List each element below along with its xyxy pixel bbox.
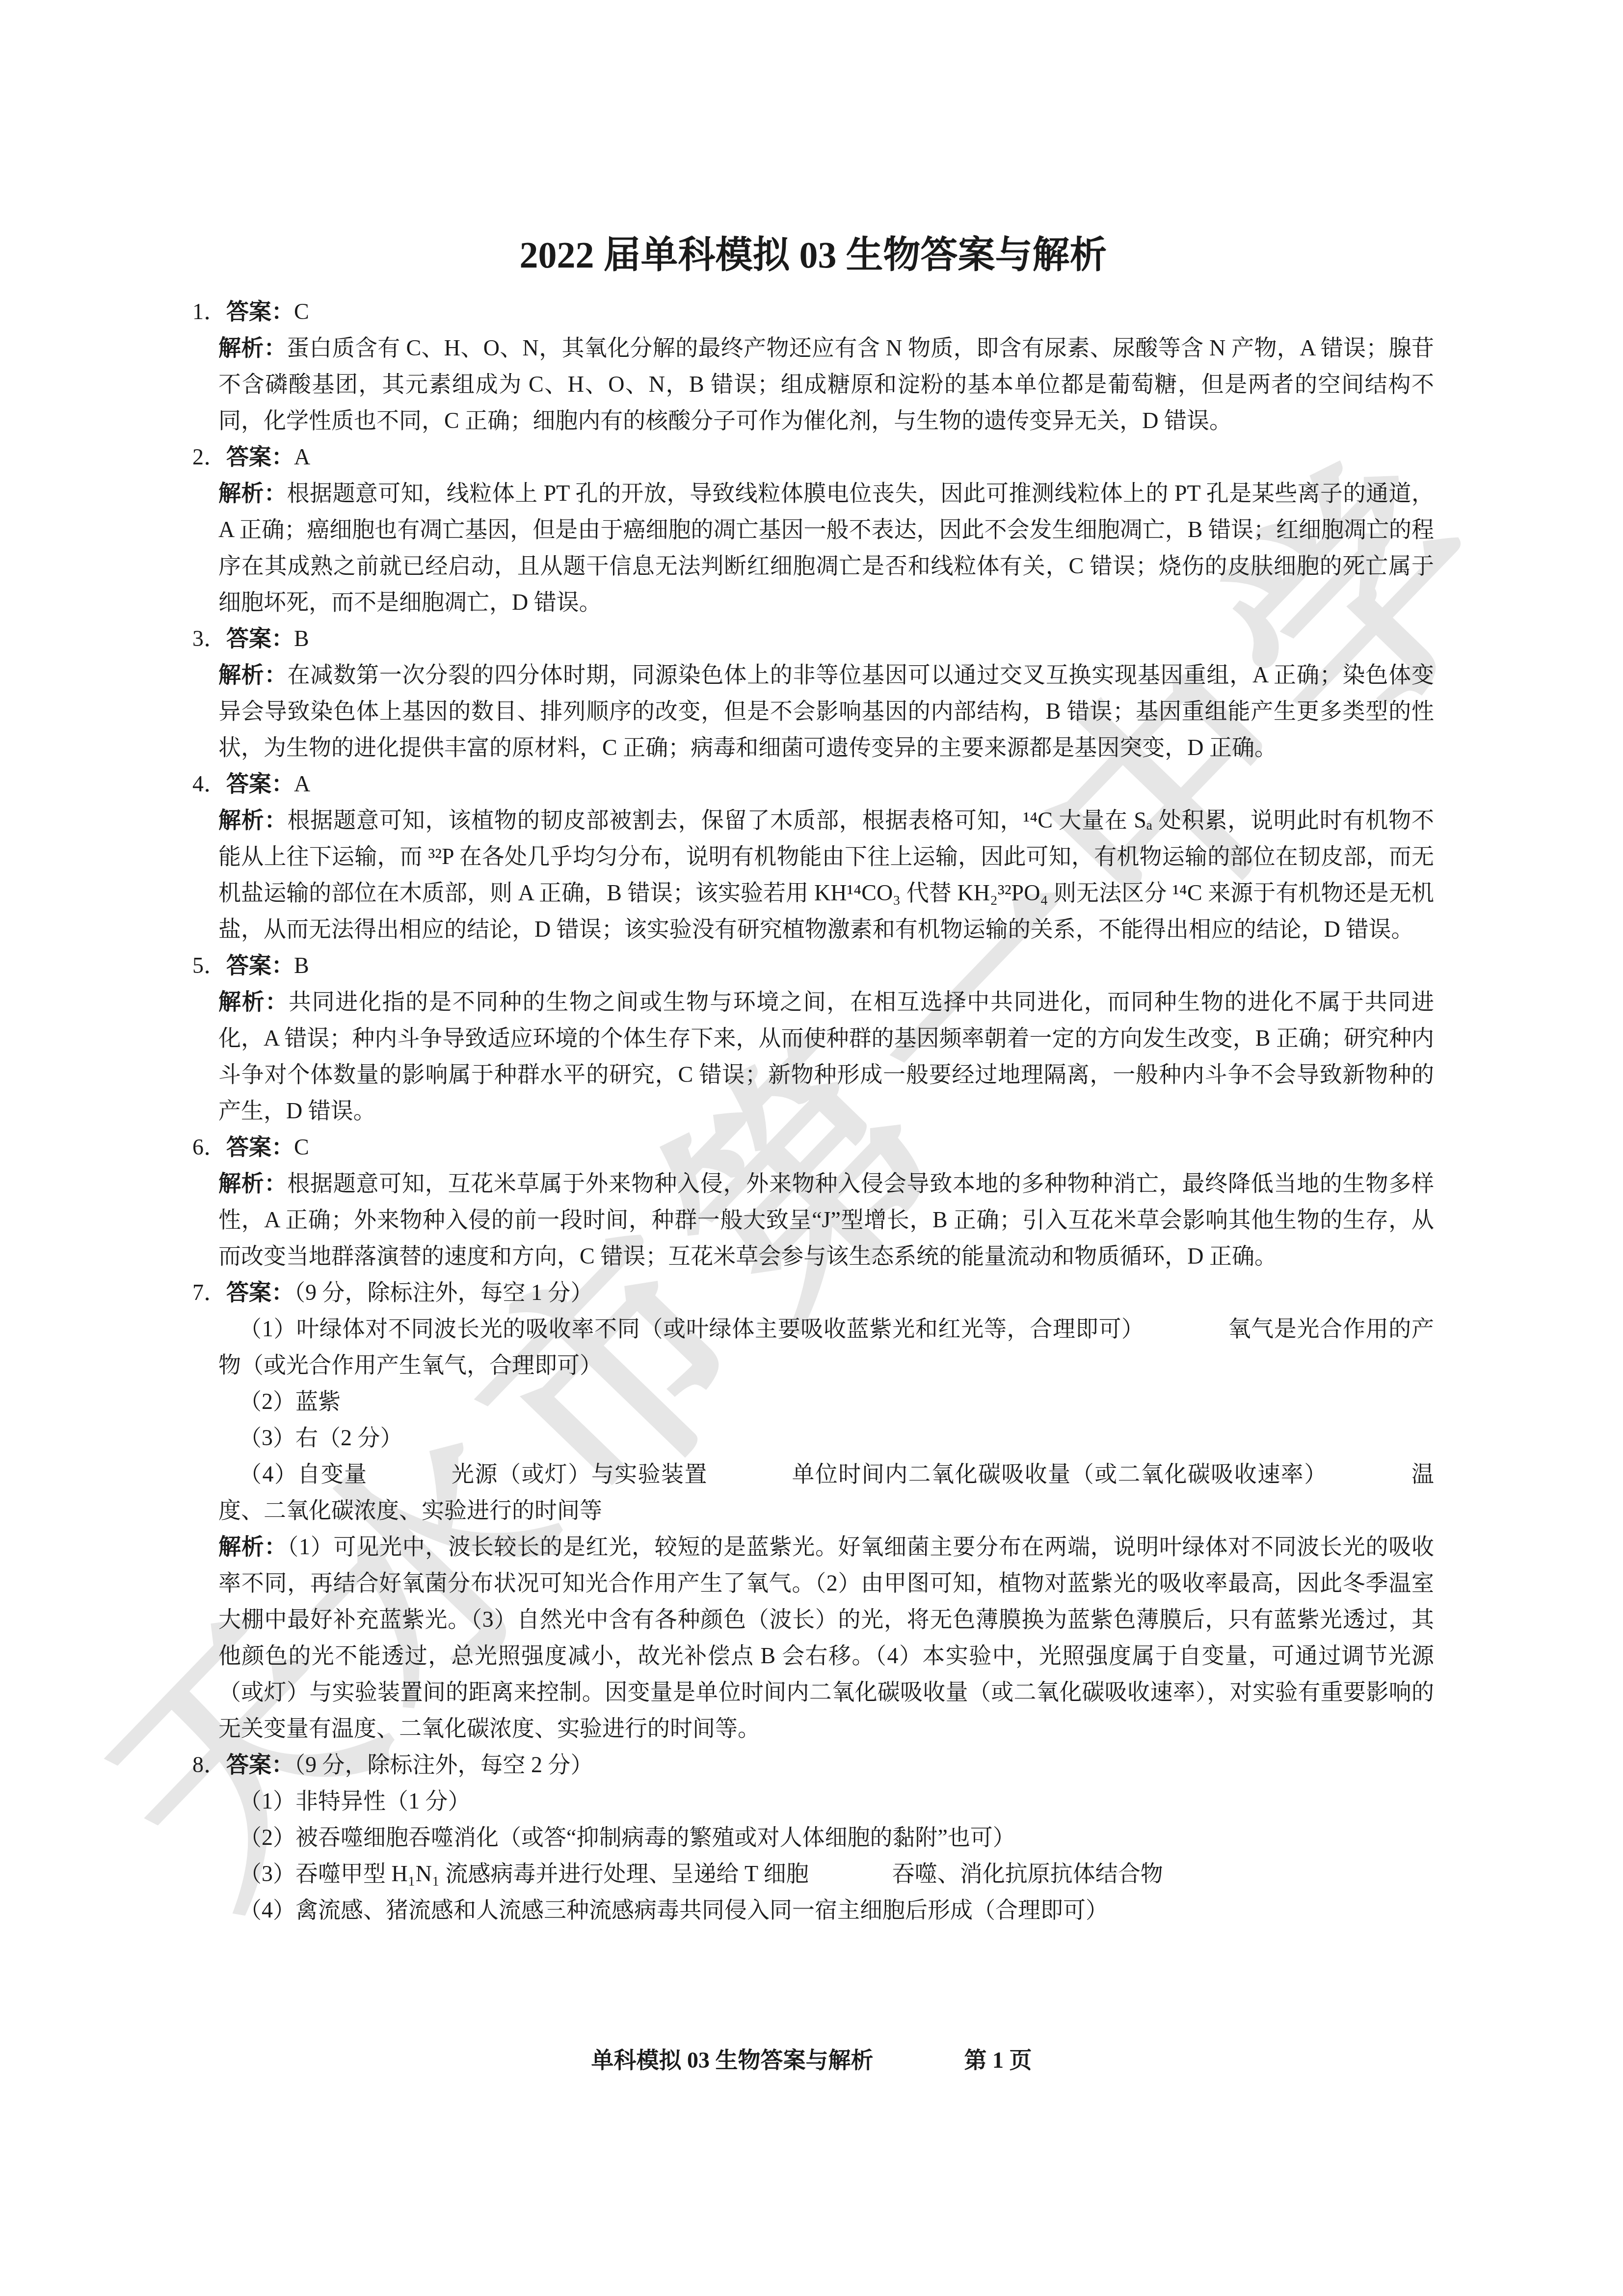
item-answer-line: 6．答案：C — [218, 1129, 1434, 1165]
analysis-paragraph: 解析：（1）可见光中，波长较长的是红光，较短的是蓝紫光。好氧细菌主要分布在两端，… — [218, 1529, 1434, 1747]
item-answer-line: 5．答案：B — [218, 947, 1434, 984]
item-body: 解析：共同进化指的是不同种的生物之间或生物与环境之间，在相互选择中共同进化，而同… — [218, 984, 1434, 1129]
answer-label: 答案： — [226, 1752, 294, 1777]
analysis-paragraph: 解析：在减数第一次分裂的四分体时期，同源染色体上的非等位基因可以通过交叉互换实现… — [218, 657, 1434, 766]
answer-label: 答案： — [226, 953, 294, 978]
document-content: 2022 届单科模拟 03 生物答案与解析 1．答案：C解析：蛋白质含有 C、H… — [0, 231, 1623, 1928]
answer-item: 8．答案：（9 分，除标注外，每空 2 分）（1）非特异性（1 分）（2）被吞噬… — [218, 1747, 1434, 1928]
analysis-text: 在减数第一次分裂的四分体时期，同源染色体上的非等位基因可以通过交叉互换实现基因重… — [218, 662, 1434, 760]
answer-segment: 自变量 — [297, 1461, 367, 1486]
sub-answer-label: （3） — [239, 1861, 295, 1886]
answer-items-list: 1．答案：C解析：蛋白质含有 C、H、O、N，其氧化分解的最终产物还应有含 N … — [192, 294, 1434, 1928]
answer-value: A — [294, 444, 310, 469]
sub-answer-label: （1） — [239, 1316, 296, 1341]
item-body: （1）非特异性（1 分）（2）被吞噬细胞吞噬消化（或答“抑制病毒的繁殖或对人体细… — [218, 1783, 1434, 1928]
item-body: 解析：蛋白质含有 C、H、O、N，其氧化分解的最终产物还应有含 N 物质，即含有… — [218, 330, 1434, 439]
analysis-text: 共同进化指的是不同种的生物之间或生物与环境之间，在相互选择中共同进化，而同种生物… — [218, 989, 1434, 1123]
analysis-label: 解析： — [218, 1171, 287, 1196]
item-body: 解析：根据题意可知，该植物的韧皮部被割去，保留了木质部，根据表格可知，¹⁴C 大… — [218, 802, 1434, 947]
answer-segment: 光源（或灯）与实验装置 — [451, 1461, 708, 1486]
sub-answer-label: （2） — [239, 1389, 295, 1414]
sub-answer-line: （4）自变量光源（或灯）与实验装置单位时间内二氧化碳吸收量（或二氧化碳吸收速率）… — [218, 1456, 1434, 1529]
analysis-label: 解析： — [218, 662, 287, 687]
answer-item: 2．答案：A解析：根据题意可知，线粒体上 PT 孔的开放，导致线粒体膜电位丧失，… — [218, 439, 1434, 621]
sub-answer-label: （4） — [239, 1461, 297, 1486]
analysis-text: 根据题意可知，线粒体上 PT 孔的开放，导致线粒体膜电位丧失，因此可推测线粒体上… — [218, 481, 1434, 615]
sub-answer-label: （2） — [239, 1825, 295, 1850]
sub-answer-label: （1） — [239, 1788, 295, 1813]
sub-answer-label: （3） — [239, 1425, 295, 1450]
item-number: 4． — [192, 771, 226, 796]
answer-label: 答案： — [226, 444, 294, 469]
page-footer: 单科模拟 03 生物答案与解析第 1 页 — [0, 2042, 1623, 2079]
analysis-paragraph: 解析：共同进化指的是不同种的生物之间或生物与环境之间，在相互选择中共同进化，而同… — [218, 984, 1434, 1129]
answer-value: B — [294, 626, 309, 651]
answer-label: 答案： — [226, 1134, 294, 1160]
answer-item: 1．答案：C解析：蛋白质含有 C、H、O、N，其氧化分解的最终产物还应有含 N … — [218, 294, 1434, 439]
answer-segment: 吞噬、消化抗原抗体结合物 — [892, 1861, 1163, 1886]
analysis-text: 根据题意可知，互花米草属于外来物种入侵，外来物种入侵会导致本地的多种物种消亡，最… — [218, 1171, 1434, 1269]
sub-answer-line: （2）蓝紫 — [218, 1383, 1434, 1420]
analysis-paragraph: 解析：根据题意可知，该植物的韧皮部被割去，保留了木质部，根据表格可知，¹⁴C 大… — [218, 802, 1434, 947]
answer-value: C — [294, 1134, 309, 1160]
analysis-label: 解析： — [218, 481, 287, 506]
answer-segment: 吞噬甲型 H₁N₁ 流感病毒并进行处理、呈递给 T 细胞 — [295, 1861, 809, 1886]
answer-segment: 禽流感、猪流感和人流感三种流感病毒共同侵入同一宿主细胞后形成（合理即可） — [295, 1897, 1108, 1922]
answer-item: 4．答案：A解析：根据题意可知，该植物的韧皮部被割去，保留了木质部，根据表格可知… — [218, 766, 1434, 947]
analysis-paragraph: 解析：根据题意可知，线粒体上 PT 孔的开放，导致线粒体膜电位丧失，因此可推测线… — [218, 475, 1434, 621]
item-number: 3． — [192, 626, 226, 651]
analysis-text: （1）可见光中，波长较长的是红光，较短的是蓝紫光。好氧细菌主要分布在两端，说明叶… — [218, 1534, 1434, 1741]
answer-segment: 叶绿体对不同波长光的吸收率不同（或叶绿体主要吸收蓝紫光和红光等，合理即可） — [296, 1316, 1144, 1341]
item-answer-line: 3．答案：B — [218, 621, 1434, 657]
item-answer-line: 1．答案：C — [218, 294, 1434, 330]
answer-value: （9 分，除标注外，每空 2 分） — [294, 1752, 593, 1777]
item-number: 1． — [192, 299, 226, 324]
sub-answer-line: （3）右（2 分） — [218, 1420, 1434, 1456]
answer-label: 答案： — [226, 626, 294, 651]
answer-label: 答案： — [226, 1280, 294, 1305]
sub-answer-line: （1）非特异性（1 分） — [218, 1783, 1434, 1819]
analysis-paragraph: 解析：根据题意可知，互花米草属于外来物种入侵，外来物种入侵会导致本地的多种物种消… — [218, 1165, 1434, 1274]
answer-value: A — [294, 771, 310, 796]
answer-label: 答案： — [226, 771, 294, 796]
analysis-label: 解析： — [218, 335, 287, 360]
answer-item: 7．答案：（9 分，除标注外，每空 1 分）（1）叶绿体对不同波长光的吸收率不同… — [218, 1274, 1434, 1747]
item-body: （1）叶绿体对不同波长光的吸收率不同（或叶绿体主要吸收蓝紫光和红光等，合理即可）… — [218, 1311, 1434, 1747]
page-title: 2022 届单科模拟 03 生物答案与解析 — [192, 231, 1434, 280]
footer-doc-title: 单科模拟 03 生物答案与解析 — [591, 2048, 874, 2073]
analysis-text: 根据题意可知，该植物的韧皮部被割去，保留了木质部，根据表格可知，¹⁴C 大量在 … — [218, 808, 1434, 942]
answer-segment: 被吞噬细胞吞噬消化（或答“抑制病毒的繁殖或对人体细胞的黏附”也可） — [295, 1825, 1015, 1850]
answer-item: 6．答案：C解析：根据题意可知，互花米草属于外来物种入侵，外来物种入侵会导致本地… — [218, 1129, 1434, 1274]
answer-item: 5．答案：B解析：共同进化指的是不同种的生物之间或生物与环境之间，在相互选择中共… — [218, 947, 1434, 1129]
answer-value: B — [294, 953, 309, 978]
answer-label: 答案： — [226, 299, 294, 324]
item-number: 2． — [192, 444, 226, 469]
answer-segment: 非特异性（1 分） — [295, 1788, 471, 1813]
sub-answer-line: （1）叶绿体对不同波长光的吸收率不同（或叶绿体主要吸收蓝紫光和红光等，合理即可）… — [218, 1311, 1434, 1383]
analysis-text: 蛋白质含有 C、H、O、N，其氧化分解的最终产物还应有含 N 物质，即含有尿素、… — [218, 335, 1434, 433]
item-body: 解析：根据题意可知，线粒体上 PT 孔的开放，导致线粒体膜电位丧失，因此可推测线… — [218, 475, 1434, 621]
analysis-label: 解析： — [218, 808, 288, 833]
answer-segment: 右（2 分） — [295, 1425, 403, 1450]
item-number: 6． — [192, 1134, 226, 1160]
answer-segment: 蓝紫 — [295, 1389, 341, 1414]
item-number: 5． — [192, 953, 226, 978]
answer-segment: 单位时间内二氧化碳吸收量（或二氧化碳吸收速率） — [791, 1461, 1328, 1486]
item-answer-line: 8．答案：（9 分，除标注外，每空 2 分） — [218, 1747, 1434, 1783]
item-number: 8． — [192, 1752, 226, 1777]
item-answer-line: 4．答案：A — [218, 766, 1434, 802]
answer-item: 3．答案：B解析：在减数第一次分裂的四分体时期，同源染色体上的非等位基因可以通过… — [218, 621, 1434, 766]
document-page: 天水市第一中学 2022 届单科模拟 03 生物答案与解析 1．答案：C解析：蛋… — [0, 0, 1623, 2296]
answer-value: C — [294, 299, 309, 324]
footer-page-number: 第 1 页 — [964, 2048, 1032, 2073]
item-answer-line: 2．答案：A — [218, 439, 1434, 475]
sub-answer-line: （2）被吞噬细胞吞噬消化（或答“抑制病毒的繁殖或对人体细胞的黏附”也可） — [218, 1819, 1434, 1856]
item-number: 7． — [192, 1280, 226, 1305]
item-answer-line: 7．答案：（9 分，除标注外，每空 1 分） — [218, 1274, 1434, 1311]
analysis-label: 解析： — [218, 1534, 287, 1559]
answer-value: （9 分，除标注外，每空 1 分） — [294, 1280, 593, 1305]
item-body: 解析：根据题意可知，互花米草属于外来物种入侵，外来物种入侵会导致本地的多种物种消… — [218, 1165, 1434, 1274]
sub-answer-label: （4） — [239, 1897, 295, 1922]
analysis-paragraph: 解析：蛋白质含有 C、H、O、N，其氧化分解的最终产物还应有含 N 物质，即含有… — [218, 330, 1434, 439]
sub-answer-line: （4）禽流感、猪流感和人流感三种流感病毒共同侵入同一宿主细胞后形成（合理即可） — [218, 1892, 1434, 1928]
analysis-label: 解析： — [218, 989, 289, 1014]
item-body: 解析：在减数第一次分裂的四分体时期，同源染色体上的非等位基因可以通过交叉互换实现… — [218, 657, 1434, 766]
sub-answer-line: （3）吞噬甲型 H₁N₁ 流感病毒并进行处理、呈递给 T 细胞吞噬、消化抗原抗体… — [218, 1856, 1434, 1892]
